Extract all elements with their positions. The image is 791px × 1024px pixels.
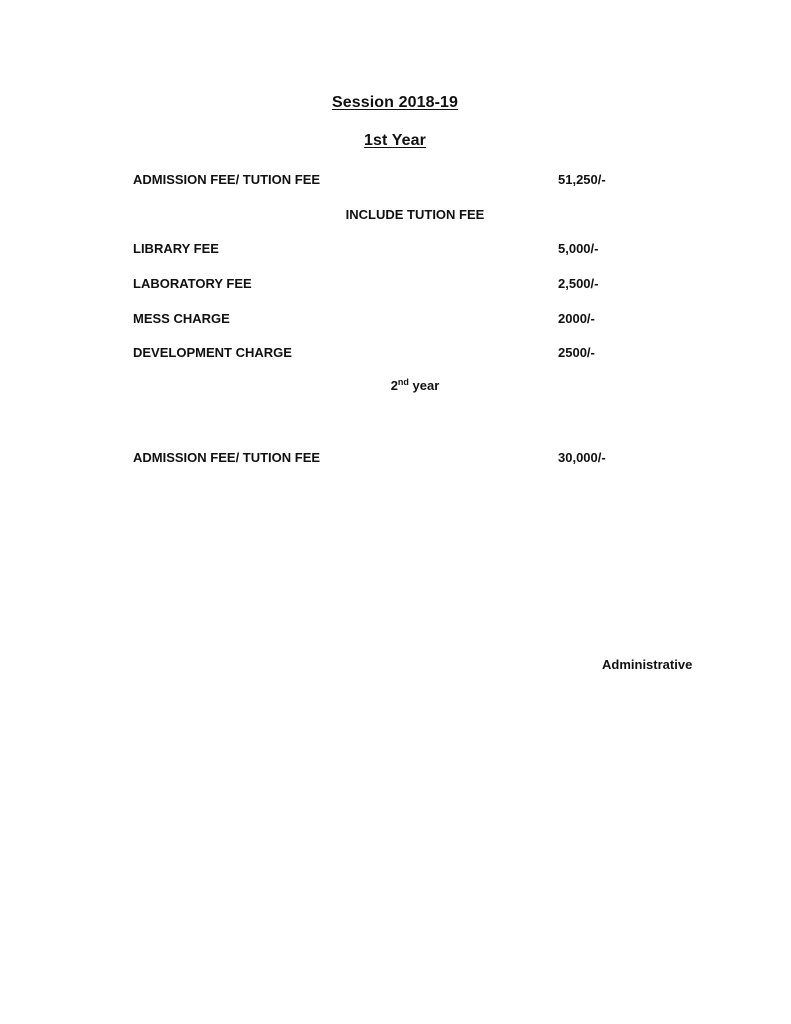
fee-label-laboratory: LABORATORY FEE [133, 276, 252, 291]
include-tuition-note: INCLUDE TUTION FEE [346, 207, 485, 222]
fee-amount-admission: 51,250/- [558, 172, 606, 187]
fee-label-mess: MESS CHARGE [133, 311, 230, 326]
fee-label-admission-year2: ADMISSION FEE/ TUTION FEE [133, 450, 320, 465]
year1-heading: 1st Year [364, 132, 426, 150]
fee-label-admission: ADMISSION FEE/ TUTION FEE [133, 172, 320, 187]
year2-heading: 2nd year [391, 378, 440, 393]
fee-label-library: LIBRARY FEE [133, 241, 219, 256]
fee-amount-admission-year2: 30,000/- [558, 450, 606, 465]
fee-amount-mess: 2000/- [558, 311, 595, 326]
signature-administrative: Administrative [602, 657, 692, 672]
session-title: Session 2018-19 [332, 94, 458, 112]
fee-label-development: DEVELOPMENT CHARGE [133, 345, 292, 360]
fee-amount-laboratory: 2,500/- [558, 276, 598, 291]
fee-amount-library: 5,000/- [558, 241, 598, 256]
fee-amount-development: 2500/- [558, 345, 595, 360]
